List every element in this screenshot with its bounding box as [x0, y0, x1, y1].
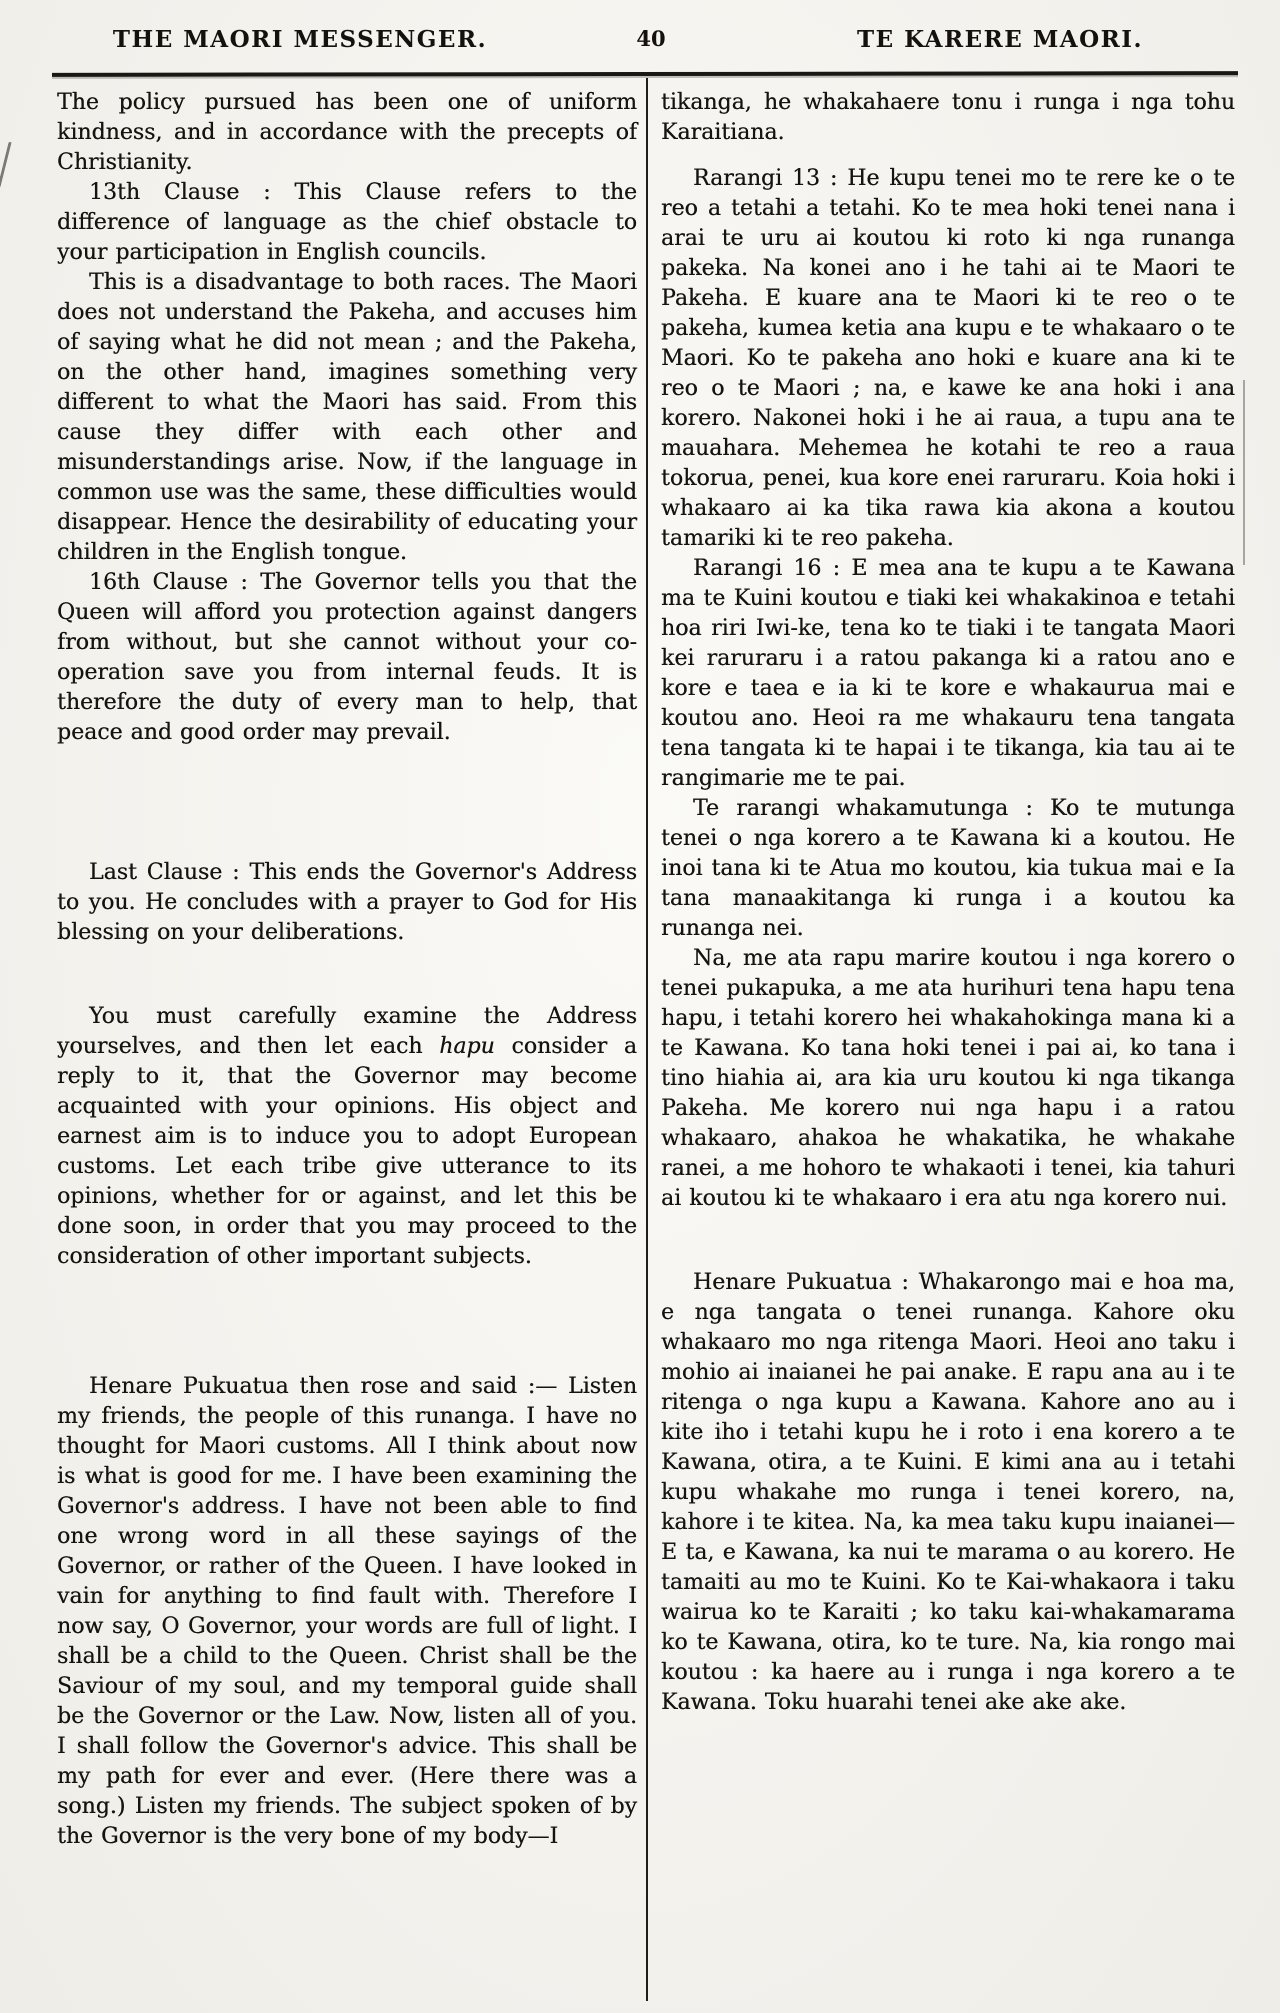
- paragraph-rarangi-16: Rarangi 16 : E mea ana te kupu a te Kawa…: [661, 554, 1235, 794]
- maori-column: tikanga, he whakahaere tonu i runga i ng…: [661, 88, 1235, 1718]
- paragraph-tikanga: tikanga, he whakahaere tonu i runga i ng…: [661, 88, 1235, 148]
- paragraph-examine-address: You must carefully examine the Address y…: [57, 1002, 637, 1272]
- paragraph-rarangi-13: Rarangi 13 : He kupu tenei mo te rere ke…: [661, 164, 1235, 554]
- paragraph-rarangi-whakamutunga: Te rarangi whakamutunga : Ko te mutunga …: [661, 794, 1235, 944]
- left-page-title: THE MAORI MESSENGER.: [113, 26, 487, 53]
- ink-smudge-artifact: [0, 142, 17, 189]
- paragraph-policy: The policy pursued has been one of unifo…: [57, 88, 637, 178]
- paragraph-13th-clause: 13th Clause : This Clause refers to the …: [57, 178, 637, 268]
- paragraph-16th-clause: 16th Clause : The Governor tells you tha…: [57, 568, 637, 748]
- italic-word-hapu: hapu: [439, 1034, 495, 1059]
- english-column: The policy pursued has been one of unifo…: [57, 88, 637, 1852]
- column-divider: [646, 78, 648, 2001]
- scan-edge-artifact: [1243, 380, 1245, 565]
- paragraph-text: consider a reply to it, that the Governo…: [57, 1034, 637, 1269]
- paragraph-henare-pukuatua-mi: Henare Pukuatua : Whakarongo mai e hoa m…: [661, 1268, 1235, 1718]
- paragraph-henare-pukuatua-en: Henare Pukuatua then rose and said :— Li…: [57, 1372, 637, 1852]
- newspaper-page: THE MAORI MESSENGER. 40 TE KARERE MAORI.…: [0, 0, 1280, 2013]
- page-number: 40: [636, 26, 665, 51]
- paragraph-disadvantage: This is a disadvantage to both races. Th…: [57, 268, 637, 568]
- paragraph-last-clause: Last Clause : This ends the Governor's A…: [57, 858, 637, 948]
- paragraph-rapu-marire: Na, me ata rapu marire koutou i nga kore…: [661, 944, 1235, 1214]
- right-page-title: TE KARERE MAORI.: [857, 26, 1143, 53]
- header-rule: [52, 71, 1238, 77]
